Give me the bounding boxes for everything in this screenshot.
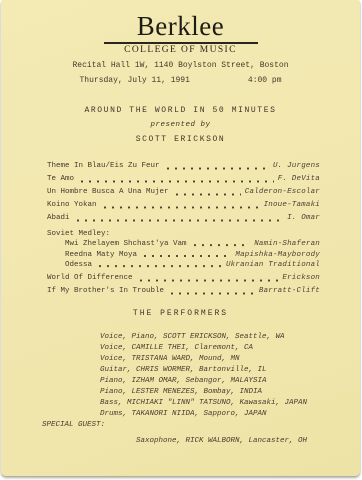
program-item: Un Hombre Busca A Una Mujer Calderon-Esc… [47,188,320,201]
event-date: Thursday, July 11, 1991 [79,76,189,85]
program-item-composer: Erickson [282,274,320,282]
medley-item: Odessa Ukranian Traditional [65,261,320,271]
program-item-composer: F. DeVita [278,175,320,183]
program-item: World Of Difference Erickson [47,274,320,287]
performer-line: Drums, TAKANORI NIIDA, Sapporo, JAPAN [100,410,360,421]
program-item: If My Brother's In Trouble Barratt-Clift [47,287,320,300]
performer-line: Piano, IZHAM OMAR, Sebangor, MALAYSIA [100,377,360,388]
program-item: Koino Yokan Inoue-Tamaki [47,201,320,214]
performer-line: Piano, LESTER MENEZES, Bombay, INDIA [100,388,360,399]
special-guest-line: SPECIAL GUEST: Saxophone, RICK WALBORN, … [100,421,360,432]
medley-item: Reedna Maty Moya Mapishka-Mayborody [65,251,320,261]
special-guest-text: Saxophone, RICK WALBORN, Lancaster, OH [136,437,307,445]
logo-underline [104,42,258,44]
dot-leader [168,287,255,300]
medley-item-composer: Mapishka-Mayborody [235,251,320,259]
program-item-title: Abadi [47,214,70,222]
program-item-title: Un Hombre Busca A Una Mujer [47,188,169,196]
special-guest-label: SPECIAL GUEST: [42,421,105,429]
performers-list: Voice, Piano, SCOTT ERICKSON, Seattle, W… [100,333,360,432]
event-time: 4:00 pm [248,76,282,85]
dot-leader [164,162,269,175]
program-item: Te Amo F. DeVita [47,175,320,188]
program-item-composer: Barratt-Clift [259,287,320,295]
program-item-title: Koino Yokan [47,201,97,209]
performers-heading: THE PERFORMERS [1,309,360,318]
program-item-title: Te Amo [47,175,74,183]
dot-leader [141,251,231,261]
program-page: Berklee COLLEGE OF MUSIC Recital Hall 1W… [1,0,360,476]
program-item-composer: Inoue-Tamaki [264,201,320,209]
presented-by-label: presented by [1,121,360,129]
medley-label: Soviet Medley: [47,227,320,240]
dot-leader [74,214,284,227]
concert-title: AROUND THE WORLD IN 50 MINUTES [1,106,360,115]
college-subtitle: COLLEGE OF MUSIC [1,45,360,55]
program-item: Theme In Blau/Eis Zu Feur U. Jurgens [47,162,320,175]
presenter-name: SCOTT ERICKSON [1,135,360,144]
concert-title-block: AROUND THE WORLD IN 50 MINUTES presented… [1,106,360,144]
medley-items: Mwi Zhelayem Shchast'ya Vam Namin-Shafer… [47,240,320,271]
medley-item-title: Mwi Zhelayem Shchast'ya Vam [65,240,187,248]
performer-line: Voice, CAMILLE THEI, Claremont, CA [100,344,360,355]
medley-item-title: Odessa [65,261,92,269]
performer-line: Voice, Piano, SCOTT ERICKSON, Seattle, W… [100,333,360,344]
program-item-composer: Calderon-Escolar [245,188,320,196]
medley-item-composer: Ukranian Traditional [226,261,320,269]
berklee-logo: Berklee [1,13,360,40]
medley-item-composer: Namin-Shaferan [254,240,320,248]
medley-item-title: Reedna Maty Moya [65,251,137,259]
page-content: Berklee COLLEGE OF MUSIC Recital Hall 1W… [1,0,360,432]
performer-line: Voice, TRISTANA WARD, Mound, MN [100,355,360,366]
venue-address: Recital Hall 1W, 1140 Boylston Street, B… [1,61,360,70]
medley-item: Mwi Zhelayem Shchast'ya Vam Namin-Shafer… [65,240,320,250]
dot-leader [137,274,279,287]
dot-leader [101,201,260,214]
program-item-title: If My Brother's In Trouble [47,287,164,295]
dot-leader [173,188,241,201]
dot-leader [96,261,222,271]
program-item-title: Theme In Blau/Eis Zu Feur [47,162,160,170]
performer-line: Bass, MICHIAKI "LINN" TATSUNO, Kawasaki,… [100,399,360,410]
program-item-composer: I. Omar [287,214,320,222]
program-list: Theme In Blau/Eis Zu Feur U. Jurgens Te … [47,162,320,300]
program-item-title: World Of Difference [47,274,133,282]
program-item-composer: U. Jurgens [273,162,320,170]
date-time-line: Thursday, July 11, 1991 4:00 pm [1,76,360,85]
dot-leader [78,175,274,188]
program-item: Abadi I. Omar [47,214,320,227]
performer-line: Guitar, CHRIS WORMER, Bartonville, IL [100,366,360,377]
dot-leader [191,240,251,250]
